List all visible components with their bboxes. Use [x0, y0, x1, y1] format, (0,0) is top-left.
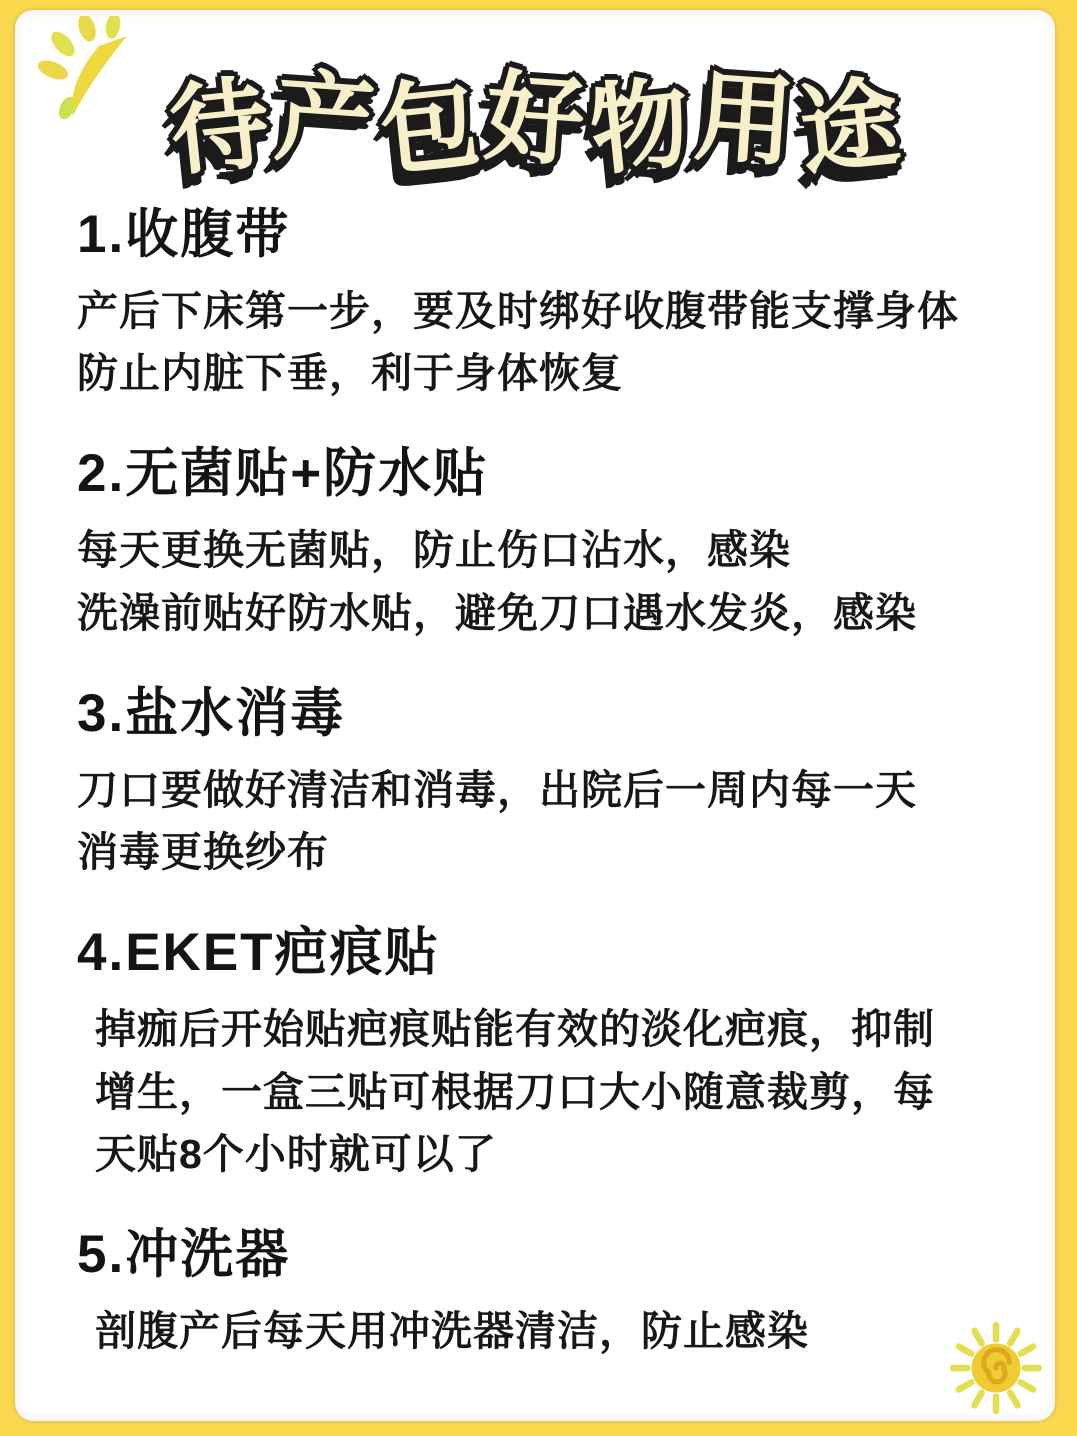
- section-4-body-line: 增生，一盒三贴可根据刀口大小随意裁剪，每: [77, 1061, 997, 1123]
- section-2-body-line: 洗澡前贴好防水贴，避免刀口遇水发炎，感染: [77, 582, 997, 644]
- section-3-body-line: 刀口要做好清洁和消毒，出院后一周内每一天: [77, 759, 997, 821]
- section-1-heading: 1.收腹带: [77, 205, 997, 266]
- page-title: 待产包好物用途: [77, 60, 997, 189]
- content-card: 待产包好物用途 1.收腹带 产后下床第一步，要及时绑好收腹带能支撑身体 防止内脏…: [15, 10, 1055, 1421]
- section-1-body-line: 防止内脏下垂，利于身体恢复: [77, 342, 997, 404]
- spiral-sun-icon: [949, 1317, 1043, 1415]
- section-4-body-line: 掉痂后开始贴疤痕贴能有效的淡化疤痕，抑制: [77, 998, 997, 1060]
- title-character: 待: [163, 58, 281, 197]
- title-character: 包: [373, 58, 491, 197]
- page-frame: 待产包好物用途 1.收腹带 产后下床第一步，要及时绑好收腹带能支撑身体 防止内脏…: [0, 0, 1077, 1436]
- section-4: 4.EKET疤痕贴 掉痂后开始贴疤痕贴能有效的淡化疤痕，抑制 增生，一盒三贴可根…: [77, 923, 997, 1185]
- title-character: 物: [583, 58, 701, 197]
- section-2-body-line: 每天更换无菌贴，防止伤口沾水，感染: [77, 519, 997, 581]
- title-character: 产: [270, 53, 384, 189]
- sparkle-burst-icon: [37, 16, 141, 134]
- section-5: 5.冲洗器 剖腹产后每天用冲洗器清洁，防止感染: [77, 1225, 997, 1362]
- title-character: 途: [793, 58, 911, 197]
- section-3-body-line: 消毒更换纱布: [77, 821, 997, 883]
- section-4-body-line: 天贴8个小时就可以了: [77, 1123, 997, 1185]
- section-2-heading: 2.无菌贴+防水贴: [77, 444, 997, 505]
- title-character: 用: [690, 53, 804, 189]
- section-3: 3.盐水消毒 刀口要做好清洁和消毒，出院后一周内每一天 消毒更换纱布: [77, 684, 997, 884]
- section-3-heading: 3.盐水消毒: [77, 684, 997, 745]
- section-2: 2.无菌贴+防水贴 每天更换无菌贴，防止伤口沾水，感染 洗澡前贴好防水贴，避免刀…: [77, 444, 997, 644]
- section-5-body-line: 剖腹产后每天用冲洗器清洁，防止感染: [77, 1300, 997, 1362]
- title-character: 好: [480, 53, 594, 189]
- section-5-heading: 5.冲洗器: [77, 1225, 997, 1286]
- section-1: 1.收腹带 产后下床第一步，要及时绑好收腹带能支撑身体 防止内脏下垂，利于身体恢…: [77, 205, 997, 405]
- section-1-body-line: 产后下床第一步，要及时绑好收腹带能支撑身体: [77, 280, 997, 342]
- section-4-heading: 4.EKET疤痕贴: [77, 923, 997, 984]
